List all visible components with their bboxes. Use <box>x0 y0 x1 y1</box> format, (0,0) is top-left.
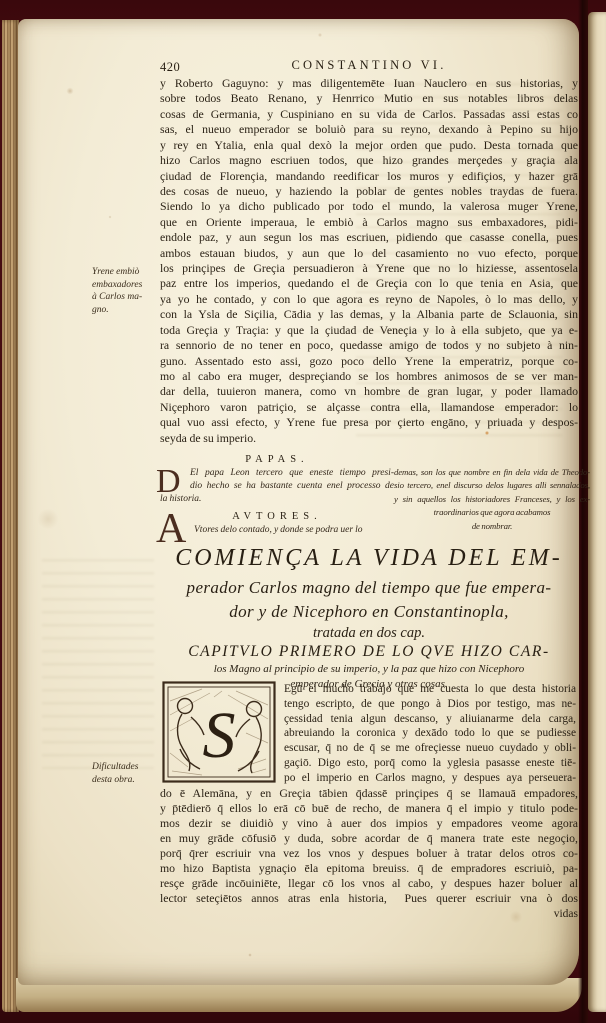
paragraph-2-beside-initial: Egū el mucho trabajo que me cuesta lo qu… <box>284 682 576 786</box>
text-line: hizo Carlos magno escriuen todos, que hi… <box>160 153 578 168</box>
papas-initial-d: D <box>156 468 181 496</box>
text-line: mo al cabo era muger, despreçiando se lo… <box>160 369 578 384</box>
text-line: Niçephoro varon patriçio, se alçasse con… <box>160 400 578 415</box>
margin-note-line: embaxadores <box>92 279 158 292</box>
text-line: porq̄ q̄rer escriuir vna vez los vnos y … <box>160 846 578 861</box>
section-title-line1: COMIENÇA LA VIDA DEL EM- <box>160 545 578 572</box>
text-line: dio hecho se ha bastante cuenta enel pro… <box>190 480 394 493</box>
text-line: paz entre los imperios, quedando el de G… <box>160 276 578 291</box>
text-line: escusar, q̄ no de q̄ se me ofreçiesse nu… <box>284 741 576 756</box>
text-line: qual vuo assi efecto, y Yrene fue presa … <box>160 415 578 430</box>
text-line: y Roberto Gaguyno: y mas diligentemēte I… <box>160 76 578 91</box>
text-line: resçe grāde incōuiniēte, llegar cō los v… <box>160 876 578 891</box>
text-line: mos dezir se diuidiò y vino à auer dos i… <box>160 816 578 831</box>
text-line: en muy grāde cōfusiō y duda, sobre acord… <box>160 831 578 846</box>
margin-note-line: à Carlos ma- <box>92 291 158 304</box>
papas-paragraph: D El papa Leon tercero que eneste tiempo… <box>160 467 394 507</box>
paragraph-2-full-width: do ē Alemāna, y en Greçia tābien q̄dassē… <box>160 786 578 906</box>
text-line: sas, el nueuo emperador se boluiò para s… <box>160 122 578 137</box>
text-line: sio tercero, enel discurso delos lugares… <box>394 479 590 492</box>
text-line: la historia. <box>160 493 394 506</box>
show-through-text <box>42 559 154 769</box>
section-title-line2: perador Carlos magno del tiempo que fue … <box>160 578 578 598</box>
page-stack-edge-left <box>2 20 19 1012</box>
margin-note-yrene: Yrene embiòembaxadoresà Carlos ma-gno. <box>92 266 158 316</box>
text-line: ra sennorio de no tener en poco, quedass… <box>160 338 578 353</box>
text-line: do ē Alemāna, y en Greçia tābien q̄dassē… <box>160 786 578 801</box>
margin-note-line: Dificultades <box>92 761 158 774</box>
svg-text:S: S <box>203 699 236 772</box>
text-line: Egū el mucho trabajo que me cuesta lo qu… <box>284 682 576 697</box>
margin-note-line: desta obra. <box>92 774 158 787</box>
text-line: ya yo he contado, y con lo que agora es … <box>160 292 578 307</box>
text-line: cosas de Germania, y Cuspiniano en su vi… <box>160 107 578 122</box>
chapter-title-line2: los Magno al principio de su imperio, y … <box>160 663 578 675</box>
text-line: ambos estauan biudos, y aun que lo del c… <box>160 246 578 261</box>
text-line: des cosas de nueuo, y haziendo la poblar… <box>160 184 578 199</box>
margin-note-dificultades: Dificultadesdesta obra. <box>92 761 158 786</box>
text-line: Vtores delo contado, y donde se podra ue… <box>194 524 394 537</box>
text-line: gaçiō. Digo esto, porq̄ como la yglesia … <box>284 756 576 771</box>
text-line: con la Ysla de Siçilia, Cādia y las dema… <box>160 307 578 322</box>
text-line: traordinarios que agora acabamos <box>394 506 590 519</box>
text-line: guno. Assentado esto assi, gozo poco del… <box>160 354 578 369</box>
text-line: dar della, tuuieron manera, como vn homb… <box>160 384 578 399</box>
paragraph-1: y Roberto Gaguyno: y mas diligentemēte I… <box>160 76 578 446</box>
text-line: los prinçipes de Greçia persuadieron à Y… <box>160 261 578 276</box>
autores-continuation-column: demas, son los que nombre en fin dela vi… <box>394 466 590 533</box>
text-line: lector seteçiētos annos atras enla histo… <box>160 891 578 906</box>
section-title-line3: dor y de Nicephoro en Constantinopla, <box>160 602 578 622</box>
autores-heading: AVTORES. <box>160 511 394 522</box>
text-line: El papa Leon tercero que eneste tiempo p… <box>190 467 394 480</box>
autores-paragraph: A Vtores delo contado, y donde se podra … <box>160 524 394 537</box>
facing-page-edge <box>588 12 606 1012</box>
book-page: 420 CONSTANTINO VI. y Roberto Gaguyno: y… <box>18 19 579 985</box>
text-line: çessidad tenia algun descanso, y aliuian… <box>284 712 576 727</box>
text-line: çiudad de Florençia, mandando reedificar… <box>160 169 578 184</box>
text-line: mo hizo Baptista ygnaçio ēla epitoma bre… <box>160 861 578 876</box>
text-line: que en Oriente imperaua, le embiò à Carl… <box>160 215 578 230</box>
text-line: y p̄tēdierō q̄ ellos lo erā cō buē de re… <box>160 801 578 816</box>
text-line: y rey en Ytalia, enla qual dexò la mejor… <box>160 138 578 153</box>
text-line: tengo escripto, de que pongo à Dios por … <box>284 697 576 712</box>
section-title-line4: tratada en dos cap. <box>160 625 578 642</box>
running-title: CONSTANTINO VI. <box>160 58 578 73</box>
margin-note-line: gno. <box>92 304 158 317</box>
papas-heading: PAPAS. <box>160 454 394 465</box>
text-line: de nombrar. <box>394 520 590 533</box>
text-line: sobre todos Beato Renano, y Henrrico Mut… <box>160 91 578 106</box>
margin-note-line: Yrene embiò <box>92 266 158 279</box>
autores-initial-a: A <box>156 512 186 546</box>
text-line: po el imperio en Carlos magno, y despues… <box>284 771 576 786</box>
text-line: Siendo lo ya dicho publicado por todo el… <box>160 199 578 214</box>
catchword: vidas <box>160 908 578 920</box>
text-line: demas, son los que nombre en fin dela vi… <box>394 466 590 479</box>
chapter-title-line1: CAPITVLO PRIMERO DE LO QVE HIZO CAR- <box>160 643 578 661</box>
woodcut-initial-s: S <box>162 681 276 783</box>
text-line: y sin aquellos los historiadores Frances… <box>394 493 590 506</box>
text-line: abreuiando la coronica y dexādo todo lo … <box>284 726 576 741</box>
text-line: seyda de su imperio. <box>160 431 578 446</box>
book-photo: { "colors":{"background_maroon":"#430b10… <box>0 0 606 1023</box>
text-line: toda Greçia y Traçia: y que la çiudad de… <box>160 323 578 338</box>
papas-autores-column: PAPAS. D El papa Leon tercero que eneste… <box>160 454 394 537</box>
text-line: endole paz, y aun segun los mas escriuen… <box>160 230 578 245</box>
